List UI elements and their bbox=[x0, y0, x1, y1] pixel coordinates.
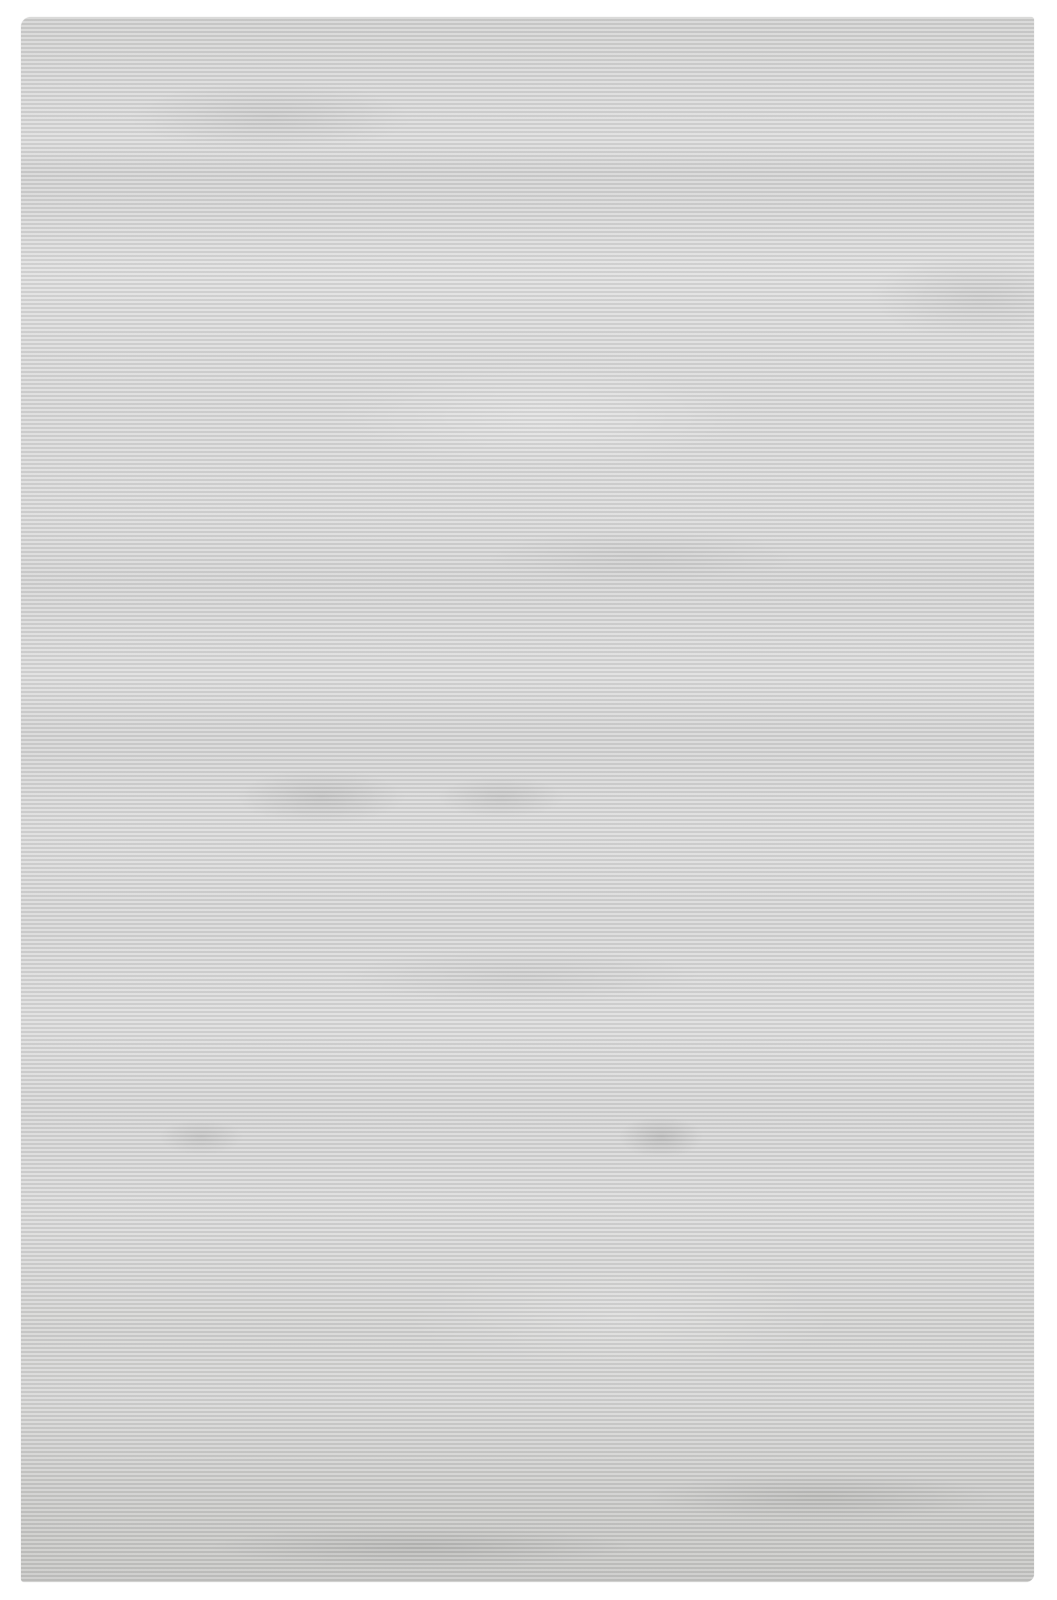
rug-product-image bbox=[21, 17, 1034, 1582]
rug-ribbed-texture bbox=[21, 17, 1034, 1582]
